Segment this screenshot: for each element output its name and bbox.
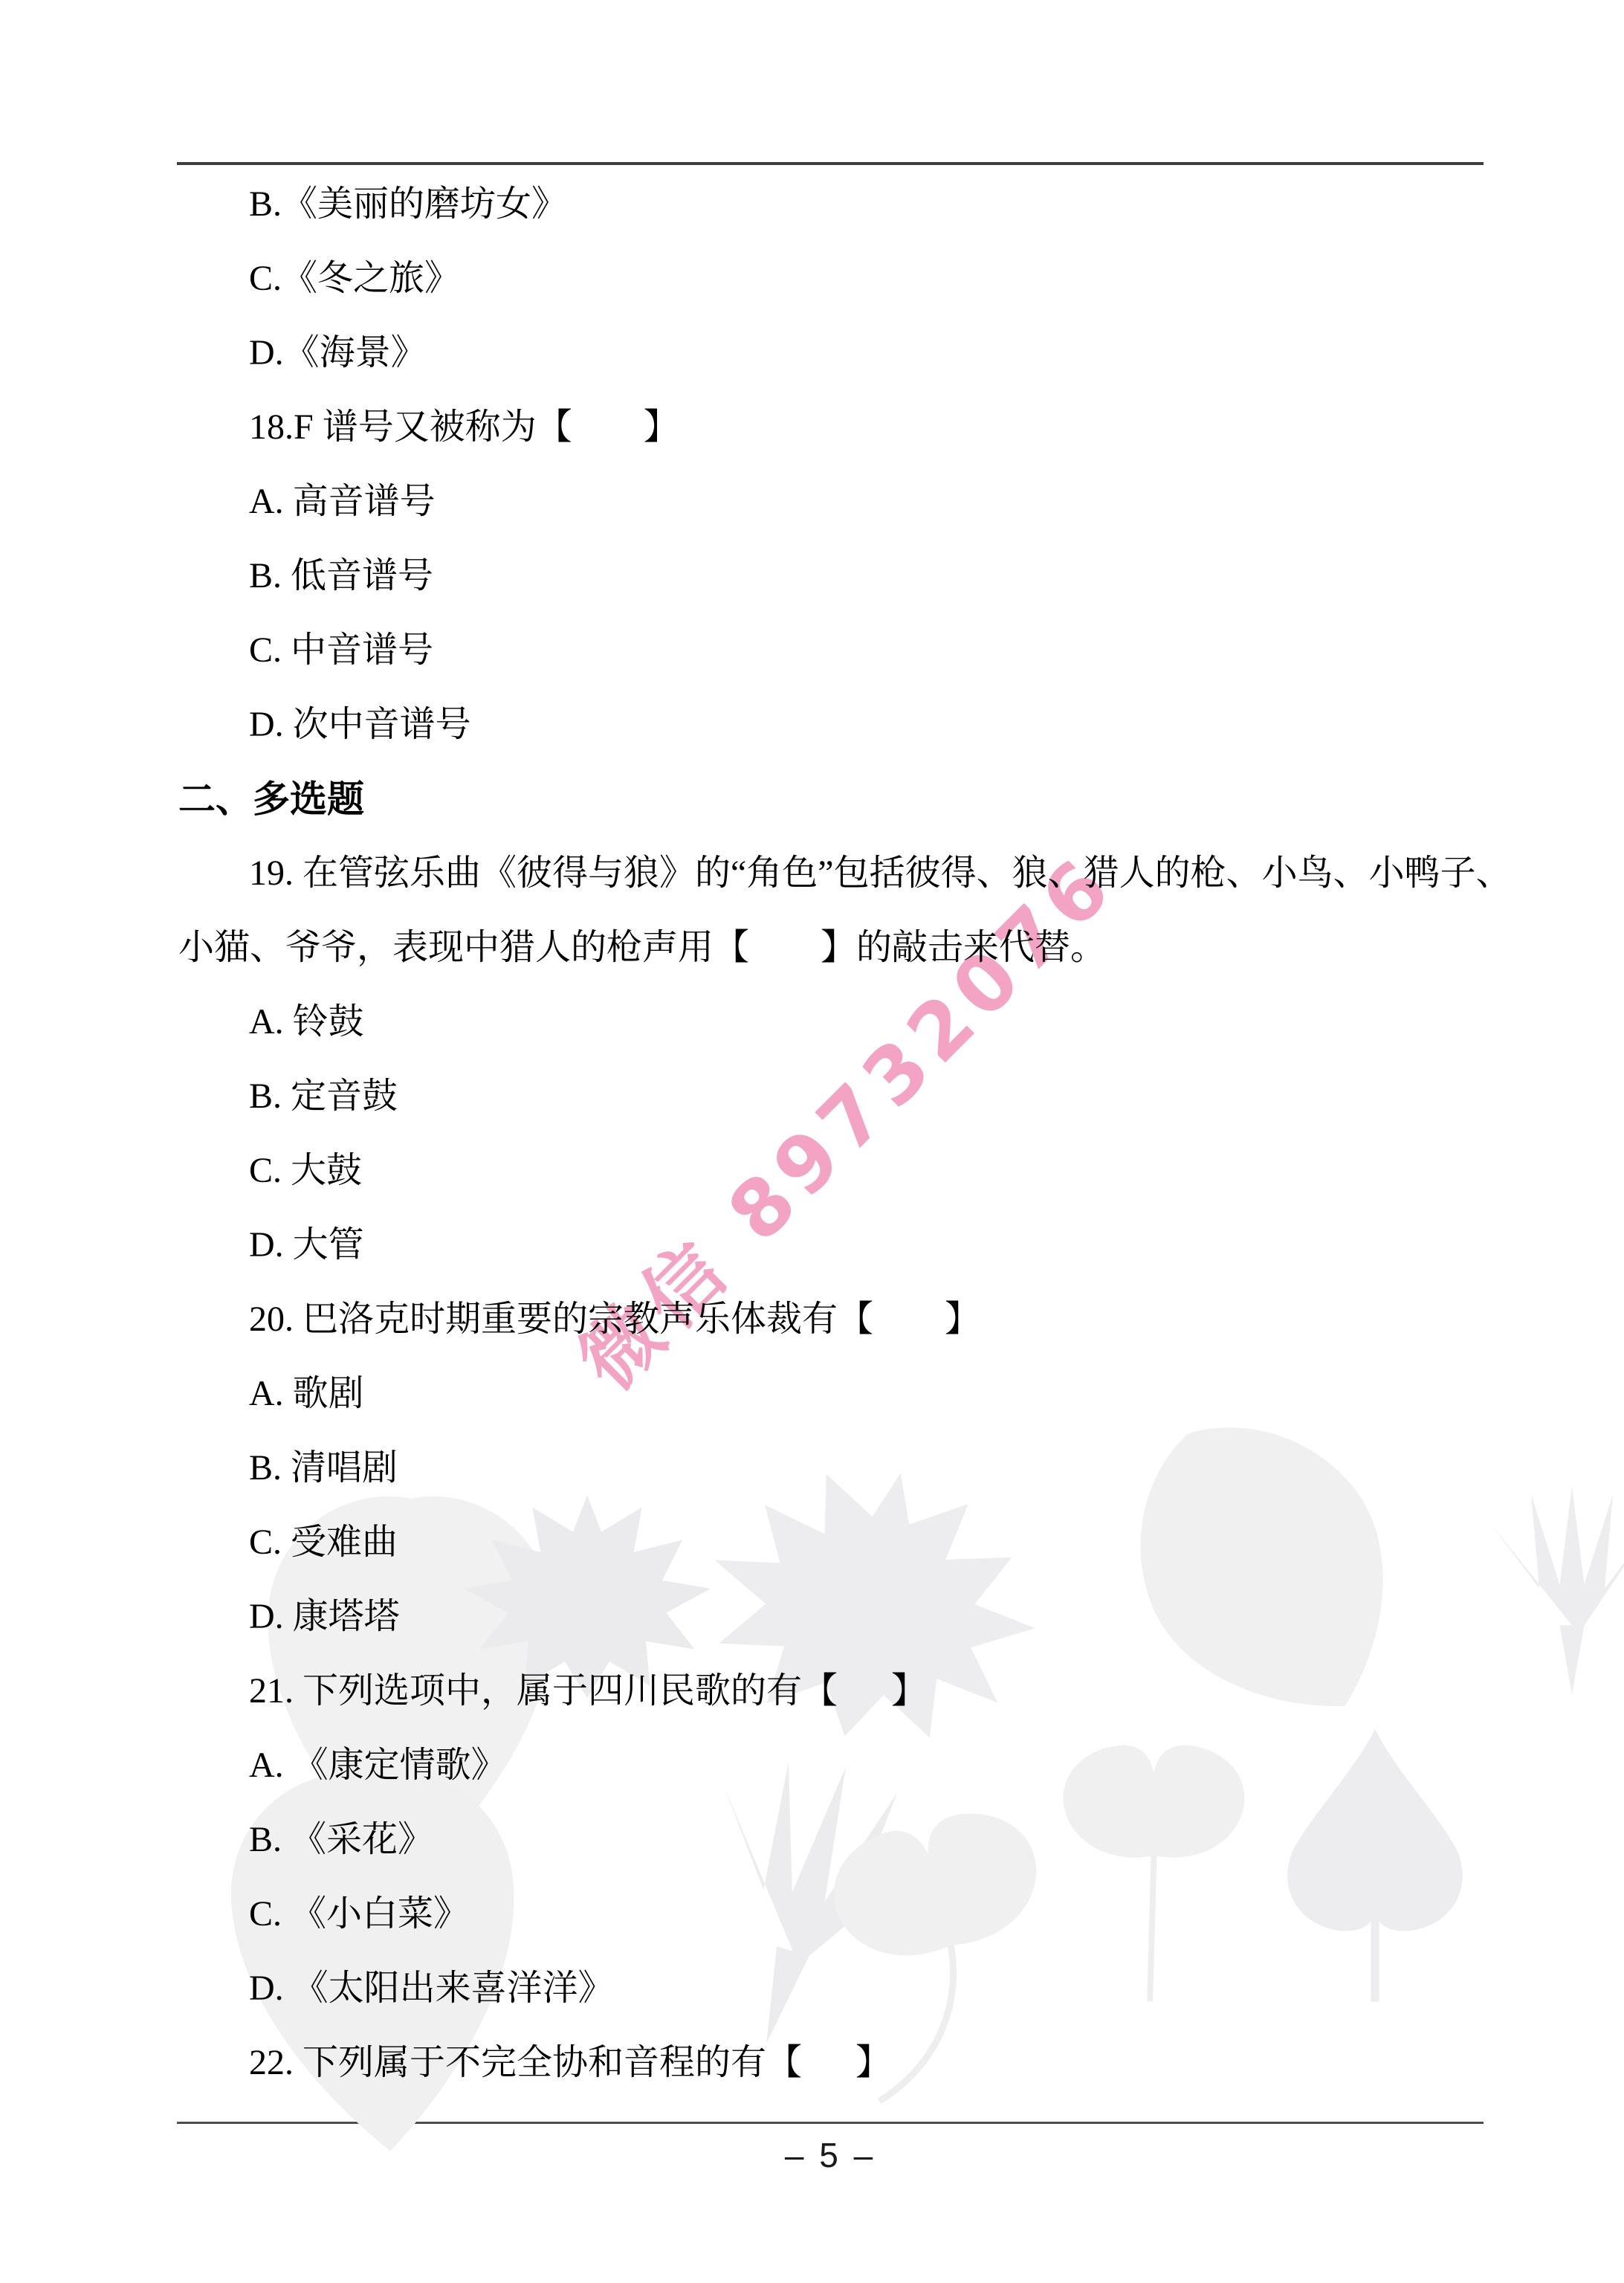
exam-page: 微信 89732076 B.《美丽的磨坊女》 C.《冬之旅》 D.《海景》 18… [0,0,1624,2283]
option-line: A. 高音谱号 [178,465,1485,539]
question-20-stem: 20. 巴洛克时期重要的宗教声乐体裁有【 】 [178,1282,1485,1357]
header-rule [177,162,1484,165]
option-line: D. 次中音谱号 [178,688,1485,762]
option-line: C. 中音谱号 [178,613,1485,688]
option-line: C. 大鼓 [178,1134,1485,1208]
option-line: B. 清唱剧 [178,1431,1485,1505]
question-21-stem: 21. 下列选项中，属于四川民歌的有【 】 [178,1654,1485,1728]
question-22-stem: 22. 下列属于不完全协和音程的有【 】 [178,2026,1485,2100]
option-line: C. 《小白菜》 [178,1877,1485,1951]
question-body: B.《美丽的磨坊女》 C.《冬之旅》 D.《海景》 18.F 谱号又被称为【 】… [178,167,1485,2100]
option-line: A. 铃鼓 [178,985,1485,1059]
page-number: – 5 – [177,2135,1484,2175]
option-line: B. 定音鼓 [178,1059,1485,1134]
option-line: C. 受难曲 [178,1505,1485,1580]
option-line: A. 《康定情歌》 [178,1728,1485,1803]
question-19-stem-line1: 19. 在管弦乐曲《彼得与狼》的“角色”包括彼得、狼、猎人的枪、小鸟、小鸭子、 [178,836,1485,911]
section-heading-multi-select: 二、多选题 [178,762,1485,836]
option-line: B. 《采花》 [178,1803,1485,1877]
question-19-stem-line2: 小猫、爷爷，表现中猎人的枪声用【 】的敲击来代替。 [178,911,1485,985]
option-line: A. 歌剧 [178,1357,1485,1431]
question-18-stem: 18.F 谱号又被称为【 】 [178,390,1485,465]
option-line: D. 大管 [178,1208,1485,1282]
option-line: D.《海景》 [178,316,1485,390]
option-line: D. 《太阳出来喜洋洋》 [178,1951,1485,2026]
option-line: D. 康塔塔 [178,1580,1485,1654]
option-line: C.《冬之旅》 [178,242,1485,316]
option-line: B.《美丽的磨坊女》 [178,167,1485,242]
option-line: B. 低音谱号 [178,539,1485,613]
